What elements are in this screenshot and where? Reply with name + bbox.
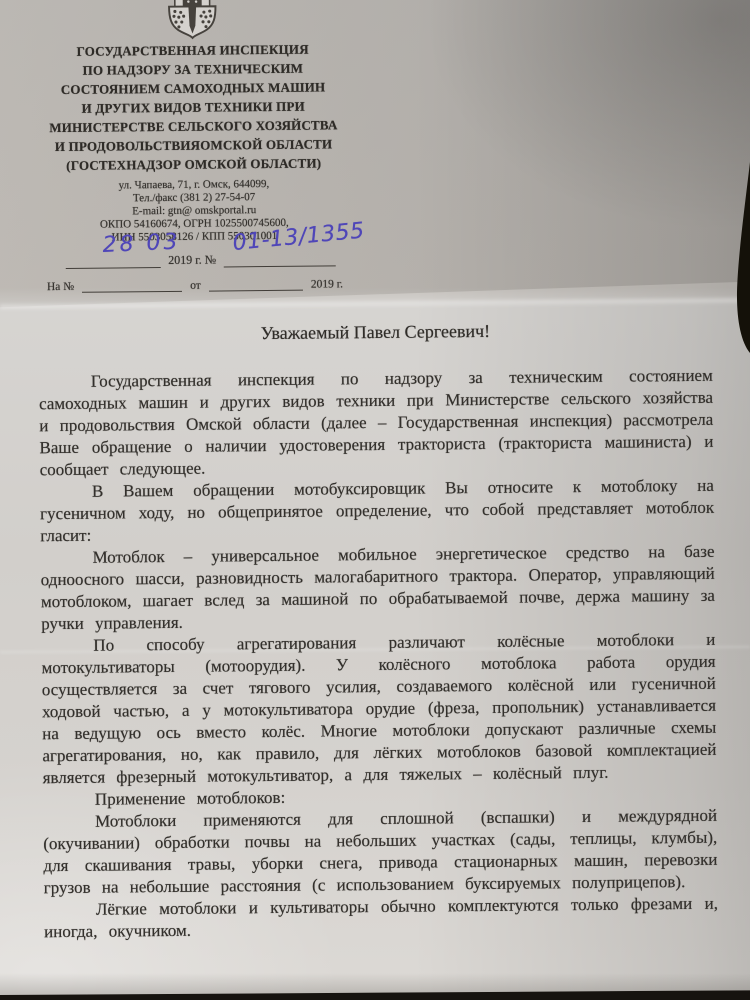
omsk-coat-of-arms-icon <box>163 0 222 41</box>
body-paragraph: Государственная инспекция по надзору за … <box>39 365 714 481</box>
outgoing-date-row: 2019 г. № <box>11 244 379 270</box>
body-paragraph: По способу агрегатирования различают кол… <box>41 629 716 789</box>
ot-label: от <box>190 280 201 292</box>
ref-blank-line <box>82 278 182 293</box>
photographed-letter: ГОСУДАРСТВЕННАЯ ИНСПЕКЦИЯ ПО НАДЗОРУ ЗА … <box>0 0 750 1000</box>
handwritten-date: 28 03 <box>102 230 181 258</box>
letterhead: ГОСУДАРСТВЕННАЯ ИНСПЕКЦИЯ ПО НАДЗОРУ ЗА … <box>8 0 379 293</box>
body-paragraph: Мотоблоки применяются для сплошной (вспа… <box>43 805 718 899</box>
reference-row: На № от 2019 г. <box>11 272 379 294</box>
year-number-label: 2019 г. № <box>168 253 216 268</box>
org-name-line: СОСТОЯНИЕМ САМОХОДНЫХ МАШИН <box>9 77 377 100</box>
body-paragraph: Лёгкие мотоблоки и культиваторы обычно к… <box>44 893 718 943</box>
letter-page: ГОСУДАРСТВЕННАЯ ИНСПЕКЦИЯ ПО НАДЗОРУ ЗА … <box>0 0 750 1000</box>
body-paragraph: Мотоблок – универсальное мобильное энерг… <box>40 541 715 635</box>
emblem-wrap <box>8 0 376 39</box>
organization-name: ГОСУДАРСТВЕННАЯ ИНСПЕКЦИЯ ПО НАДЗОРУ ЗА … <box>9 39 378 176</box>
ref-year-label: 2019 г. <box>311 278 343 290</box>
letter-body: Уважаемый Павел Сергеевич! Государственн… <box>38 317 718 943</box>
org-name-line: И ПРОДОВОЛЬСТВИЯОМСКОЙ ОБЛАСТИ <box>10 134 378 157</box>
greeting: Уважаемый Павел Сергеевич! <box>38 317 712 347</box>
org-name-line: (ГОСТЕХНАДЗОР ОМСКОЙ ОБЛАСТИ) <box>10 153 378 176</box>
ref-date-blank-line <box>209 277 303 292</box>
na-no-label: На № <box>47 281 74 293</box>
body-paragraph: В Вашем обращении мотобуксировщик Вы отн… <box>40 475 715 547</box>
